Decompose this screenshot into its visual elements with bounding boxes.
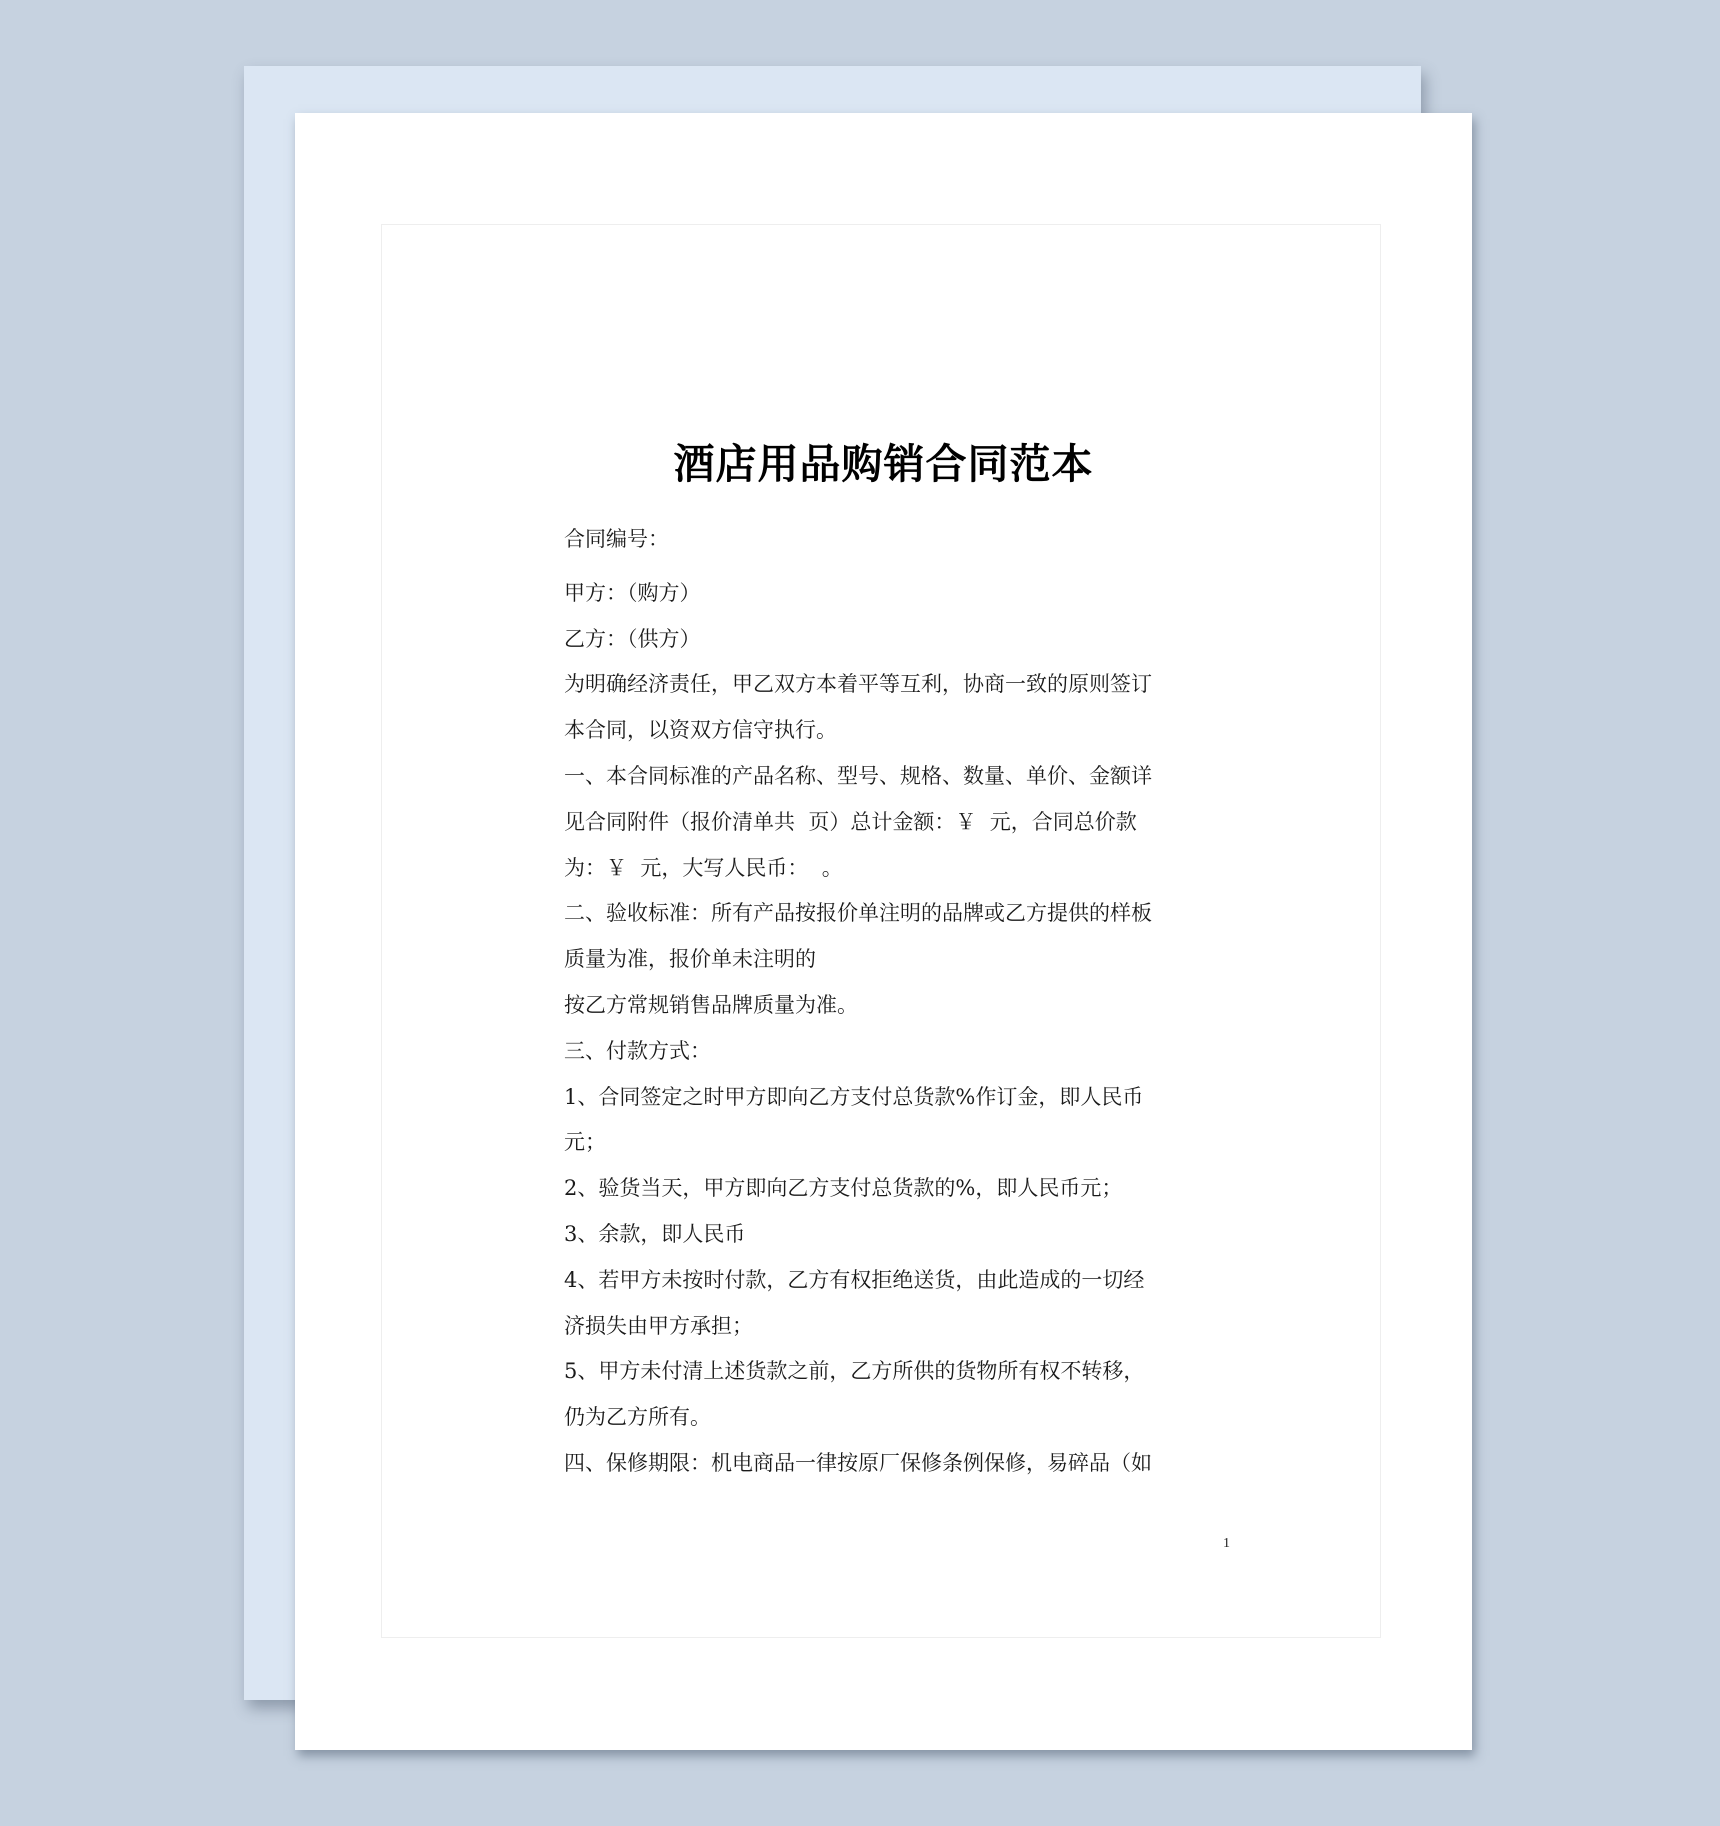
- payment-item-1: 1、合同签定之时甲方即向乙方支付总货款%作订金，即人民币: [564, 1075, 1264, 1121]
- body-line: 仍为乙方所有。: [564, 1395, 1264, 1441]
- clause-1-line: 一、本合同标准的产品名称、型号、规格、数量、单价、金额详: [564, 754, 1264, 800]
- clause-4-line: 四、保修期限：机电商品一律按原厂保修条例保修，易碎品（如: [564, 1441, 1264, 1487]
- body-line: 质量为准，报价单未注明的: [564, 937, 1264, 983]
- body-line: 为明确经济责任，甲乙双方本着平等互利，协商一致的原则签订: [564, 662, 1264, 708]
- party-b-line: 乙方：（供方）: [564, 617, 1264, 663]
- document-body: 合同编号： 甲方：（购方） 乙方：（供方） 为明确经济责任，甲乙双方本着平等互利…: [564, 517, 1264, 1487]
- body-line: 为：￥ 元，大写人民币： 。: [564, 846, 1264, 892]
- body-line: 元；: [564, 1120, 1264, 1166]
- payment-item-2: 2、验货当天，甲方即向乙方支付总货款的%，即人民币元；: [564, 1166, 1264, 1212]
- party-a-line: 甲方：（购方）: [564, 571, 1264, 617]
- payment-item-4: 4、若甲方未按时付款，乙方有权拒绝送货，由此造成的一切经: [564, 1258, 1264, 1304]
- contract-number-line: 合同编号：: [564, 517, 1264, 563]
- payment-item-5: 5、甲方未付清上述货款之前，乙方所供的货物所有权不转移，: [564, 1349, 1264, 1395]
- front-page-sheet: 酒店用品购销合同范本 合同编号： 甲方：（购方） 乙方：（供方） 为明确经济责任…: [295, 113, 1472, 1750]
- body-line: 济损失由甲方承担；: [564, 1304, 1264, 1350]
- body-line: 见合同附件（报价清单共 页）总计金额：￥ 元，合同总价款: [564, 800, 1264, 846]
- clause-3-line: 三、付款方式：: [564, 1029, 1264, 1075]
- document-title: 酒店用品购销合同范本: [295, 431, 1472, 490]
- body-line: 按乙方常规销售品牌质量为准。: [564, 983, 1264, 1029]
- clause-2-line: 二、验收标准：所有产品按报价单注明的品牌或乙方提供的样板: [564, 891, 1264, 937]
- body-line: 本合同，以资双方信守执行。: [564, 708, 1264, 754]
- payment-item-3: 3、余款，即人民币: [564, 1212, 1264, 1258]
- page-number: 1: [1223, 1536, 1230, 1552]
